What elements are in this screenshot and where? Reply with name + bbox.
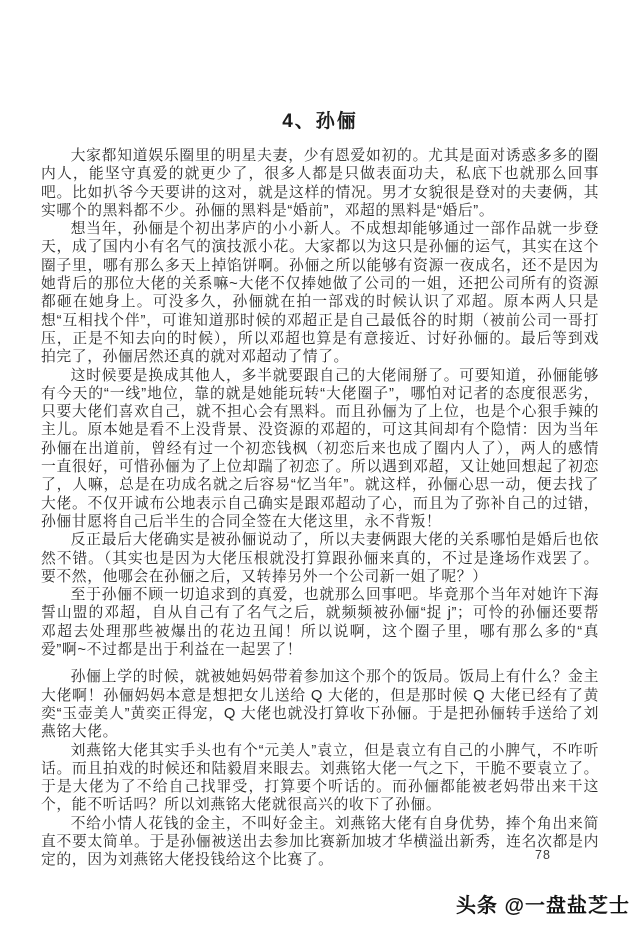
document-page: 4、孙俪 大家都知道娱乐圈里的明星夫妻，少有恩爱如初的。尤其是面对诱惑多多的圈内… <box>0 0 640 929</box>
document-body: 大家都知道娱乐圈里的明星夫妻，少有恩爱如初的。尤其是面对诱惑多多的圈内人，能坚守… <box>0 133 640 870</box>
paragraph: 大家都知道娱乐圈里的明星夫妻，少有恩爱如初的。尤其是面对诱惑多多的圈内人，能坚守… <box>41 147 599 220</box>
paragraph: 想当年，孙俪是个初出茅庐的小小新人。不成想却能够通过一部作品就一步登天，成了国内… <box>41 220 599 366</box>
paragraph: 孙俪上学的时候，就被她妈妈带着参加这个那个的饭局。饭局上有什么？金主大佬啊！孙俪… <box>41 668 599 741</box>
paragraph: 至于孙俪不顾一切追求到的真爱，也就那么回事吧。毕竟那个当年对她许下海誓山盟的邓超… <box>41 586 599 659</box>
page-number: 78 <box>535 848 551 862</box>
page-title: 4、孙俪 <box>0 0 640 133</box>
watermark: 头条 @一盘盐芝士 <box>456 889 630 918</box>
paragraph: 不给小情人花钱的金主，不叫好金主。刘燕铭大佬有自身优势，捧个角出来简直不要太简单… <box>41 815 599 870</box>
paragraph: 刘燕铭大佬其实手头也有个“元美人”袁立，但是袁立有自己的小脾气，不咋听话。而且拍… <box>41 742 599 815</box>
paragraph: 这时候要是换成其他人，多半就要跟自己的大佬闹掰了。可要知道，孙俪能够有今天的“一… <box>41 367 599 532</box>
paragraph: 反正最后大佬确实是被孙俪说动了，所以夫妻俩跟大佬的关系哪怕是婚后也依然不错。（其… <box>41 531 599 586</box>
